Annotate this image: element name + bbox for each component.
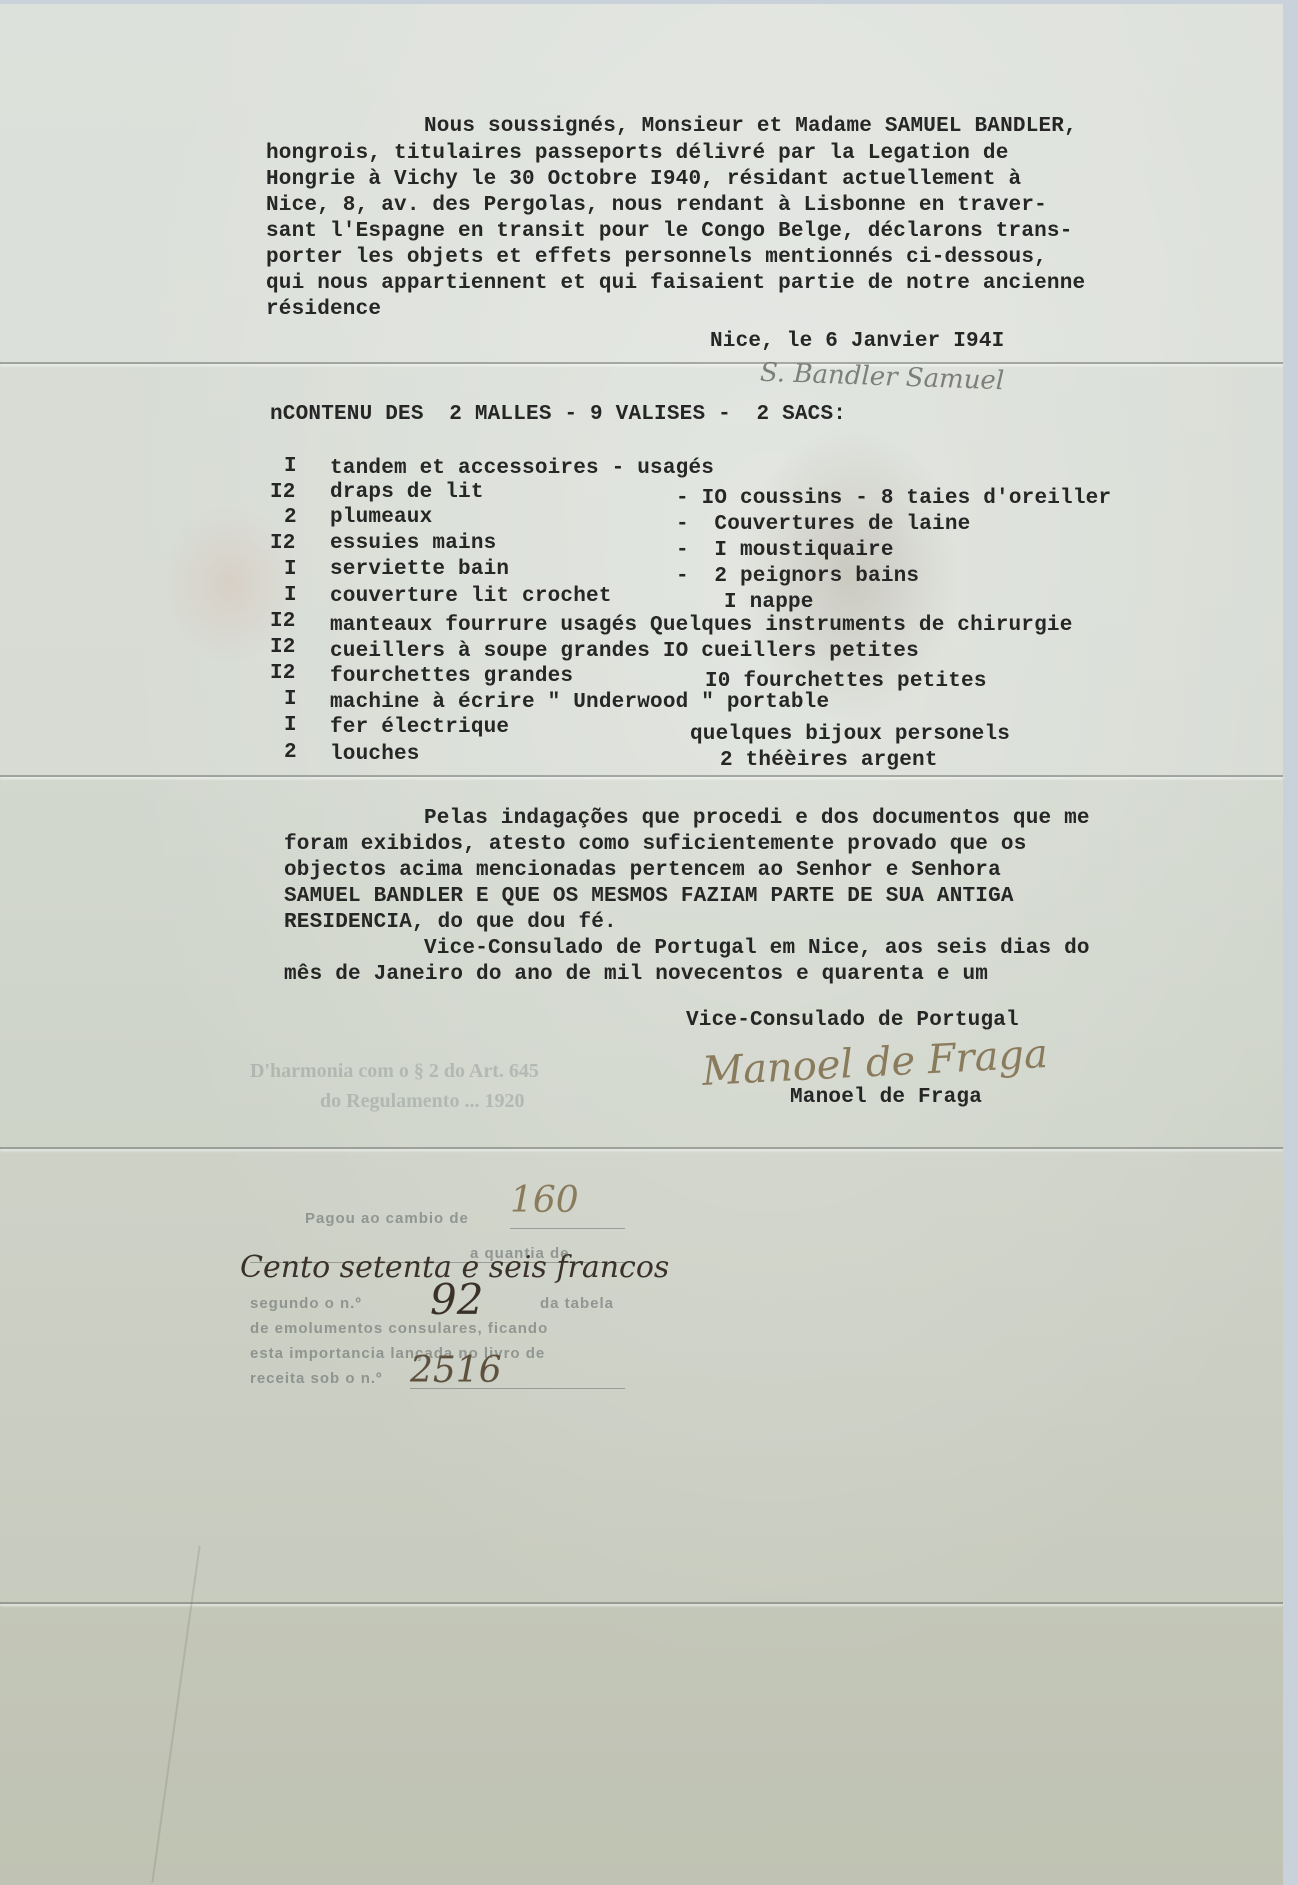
- item-right: - IO coussins - 8 taies d'oreiller: [676, 486, 1111, 512]
- item-qty: I: [284, 454, 297, 480]
- text-line: Vice-Consulado de Portugal em Nice, aos …: [424, 936, 1090, 962]
- stamp-underline: [510, 1228, 625, 1229]
- item-right: quelques bijoux personels: [690, 722, 1010, 748]
- item-qty: I2: [270, 635, 296, 661]
- item-left: serviette bain: [330, 557, 509, 583]
- text-line: hongrois, titulaires passeports délivré …: [266, 141, 1009, 167]
- text-line: sant l'Espagne en transit pour le Congo …: [266, 219, 1073, 245]
- item-right: - I moustiquaire: [676, 538, 894, 564]
- item-right: - Couvertures de laine: [676, 512, 970, 538]
- text-line: Nous soussignés, Monsieur et Madame SAMU…: [424, 114, 1077, 140]
- item-right: - 2 peignors bains: [676, 564, 919, 590]
- text-line: porter les objets et effets personnels m…: [266, 245, 1047, 271]
- item-left: fer électrique: [330, 715, 509, 741]
- fold-line: [0, 362, 1283, 364]
- stamp-label: receita sob o n.º: [250, 1370, 383, 1387]
- item-left: couverture lit crochet: [330, 584, 612, 610]
- item-qty: I2: [270, 480, 296, 506]
- item-qty: I: [284, 557, 297, 583]
- item-qty: I2: [270, 609, 296, 635]
- text-line: Nice, 8, av. des Pergolas, nous rendant …: [266, 193, 1047, 219]
- item-qty: 2: [284, 505, 297, 531]
- item-left: louches: [330, 742, 420, 768]
- stamp-text: do Regulamento ... 1920: [320, 1090, 524, 1113]
- item-left: manteaux fourrure usagés Quelques instru…: [330, 613, 1073, 639]
- handwritten-receipt-number: 2516: [410, 1350, 502, 1391]
- text-line: SAMUEL BANDLER E QUE OS MESMOS FAZIAM PA…: [284, 884, 1014, 910]
- item-left: tandem et accessoires - usagés: [330, 456, 714, 482]
- fold-line: [0, 1147, 1283, 1149]
- text-line: objectos acima mencionadas pertencem ao …: [284, 858, 1001, 884]
- item-qty: I2: [270, 531, 296, 557]
- item-left: cueillers à soupe grandes IO cueillers p…: [330, 639, 919, 665]
- text-line: Pelas indagações que procedi e dos docum…: [424, 806, 1090, 832]
- item-qty: I2: [270, 661, 296, 687]
- paper-panel: [0, 1151, 1283, 1606]
- contents-heading: nCONTENU DES 2 MALLES - 9 VALISES - 2 SA…: [270, 402, 846, 428]
- item-left: essuies mains: [330, 531, 496, 557]
- item-qty: I: [284, 713, 297, 739]
- text-line: qui nous appartiennent et qui faisaient …: [266, 271, 1085, 297]
- stamp-label: de emolumentos consulares, ficando: [250, 1320, 548, 1337]
- item-qty: I: [284, 583, 297, 609]
- stamp-label: segundo o n.º: [250, 1295, 362, 1312]
- item-qty: I: [284, 687, 297, 713]
- item-right: 2 théèires argent: [720, 748, 938, 774]
- consulate-office: Vice-Consulado de Portugal: [686, 1008, 1019, 1034]
- stamp-label: da tabela: [540, 1295, 614, 1312]
- item-left: machine à écrire " Underwood " portable: [330, 690, 829, 716]
- date-line: Nice, le 6 Janvier I94I: [710, 329, 1004, 355]
- text-line: RESIDENCIA, do que dou fé.: [284, 910, 617, 936]
- item-left: draps de lit: [330, 480, 484, 506]
- fold-line: [0, 775, 1283, 777]
- text-line: mês de Janeiro do ano de mil novecentos …: [284, 962, 988, 988]
- text-line: Hongrie à Vichy le 30 Octobre I940, rési…: [266, 167, 1021, 193]
- paper-panel: [0, 1606, 1283, 1885]
- signatory-name: Manoel de Fraga: [790, 1085, 982, 1111]
- handwritten-rate: 160: [510, 1180, 579, 1221]
- text-line: foram exibidos, atesto como suficienteme…: [284, 832, 1027, 858]
- item-left: fourchettes grandes: [330, 664, 573, 690]
- item-qty: 2: [284, 740, 297, 766]
- handwritten-table-number: 92: [430, 1275, 483, 1324]
- item-left: plumeaux: [330, 505, 432, 531]
- stamp-text: D'harmonia com o § 2 do Art. 645: [250, 1060, 539, 1083]
- text-line: résidence: [266, 297, 381, 323]
- stamp-label: Pagou ao cambio de: [305, 1210, 469, 1227]
